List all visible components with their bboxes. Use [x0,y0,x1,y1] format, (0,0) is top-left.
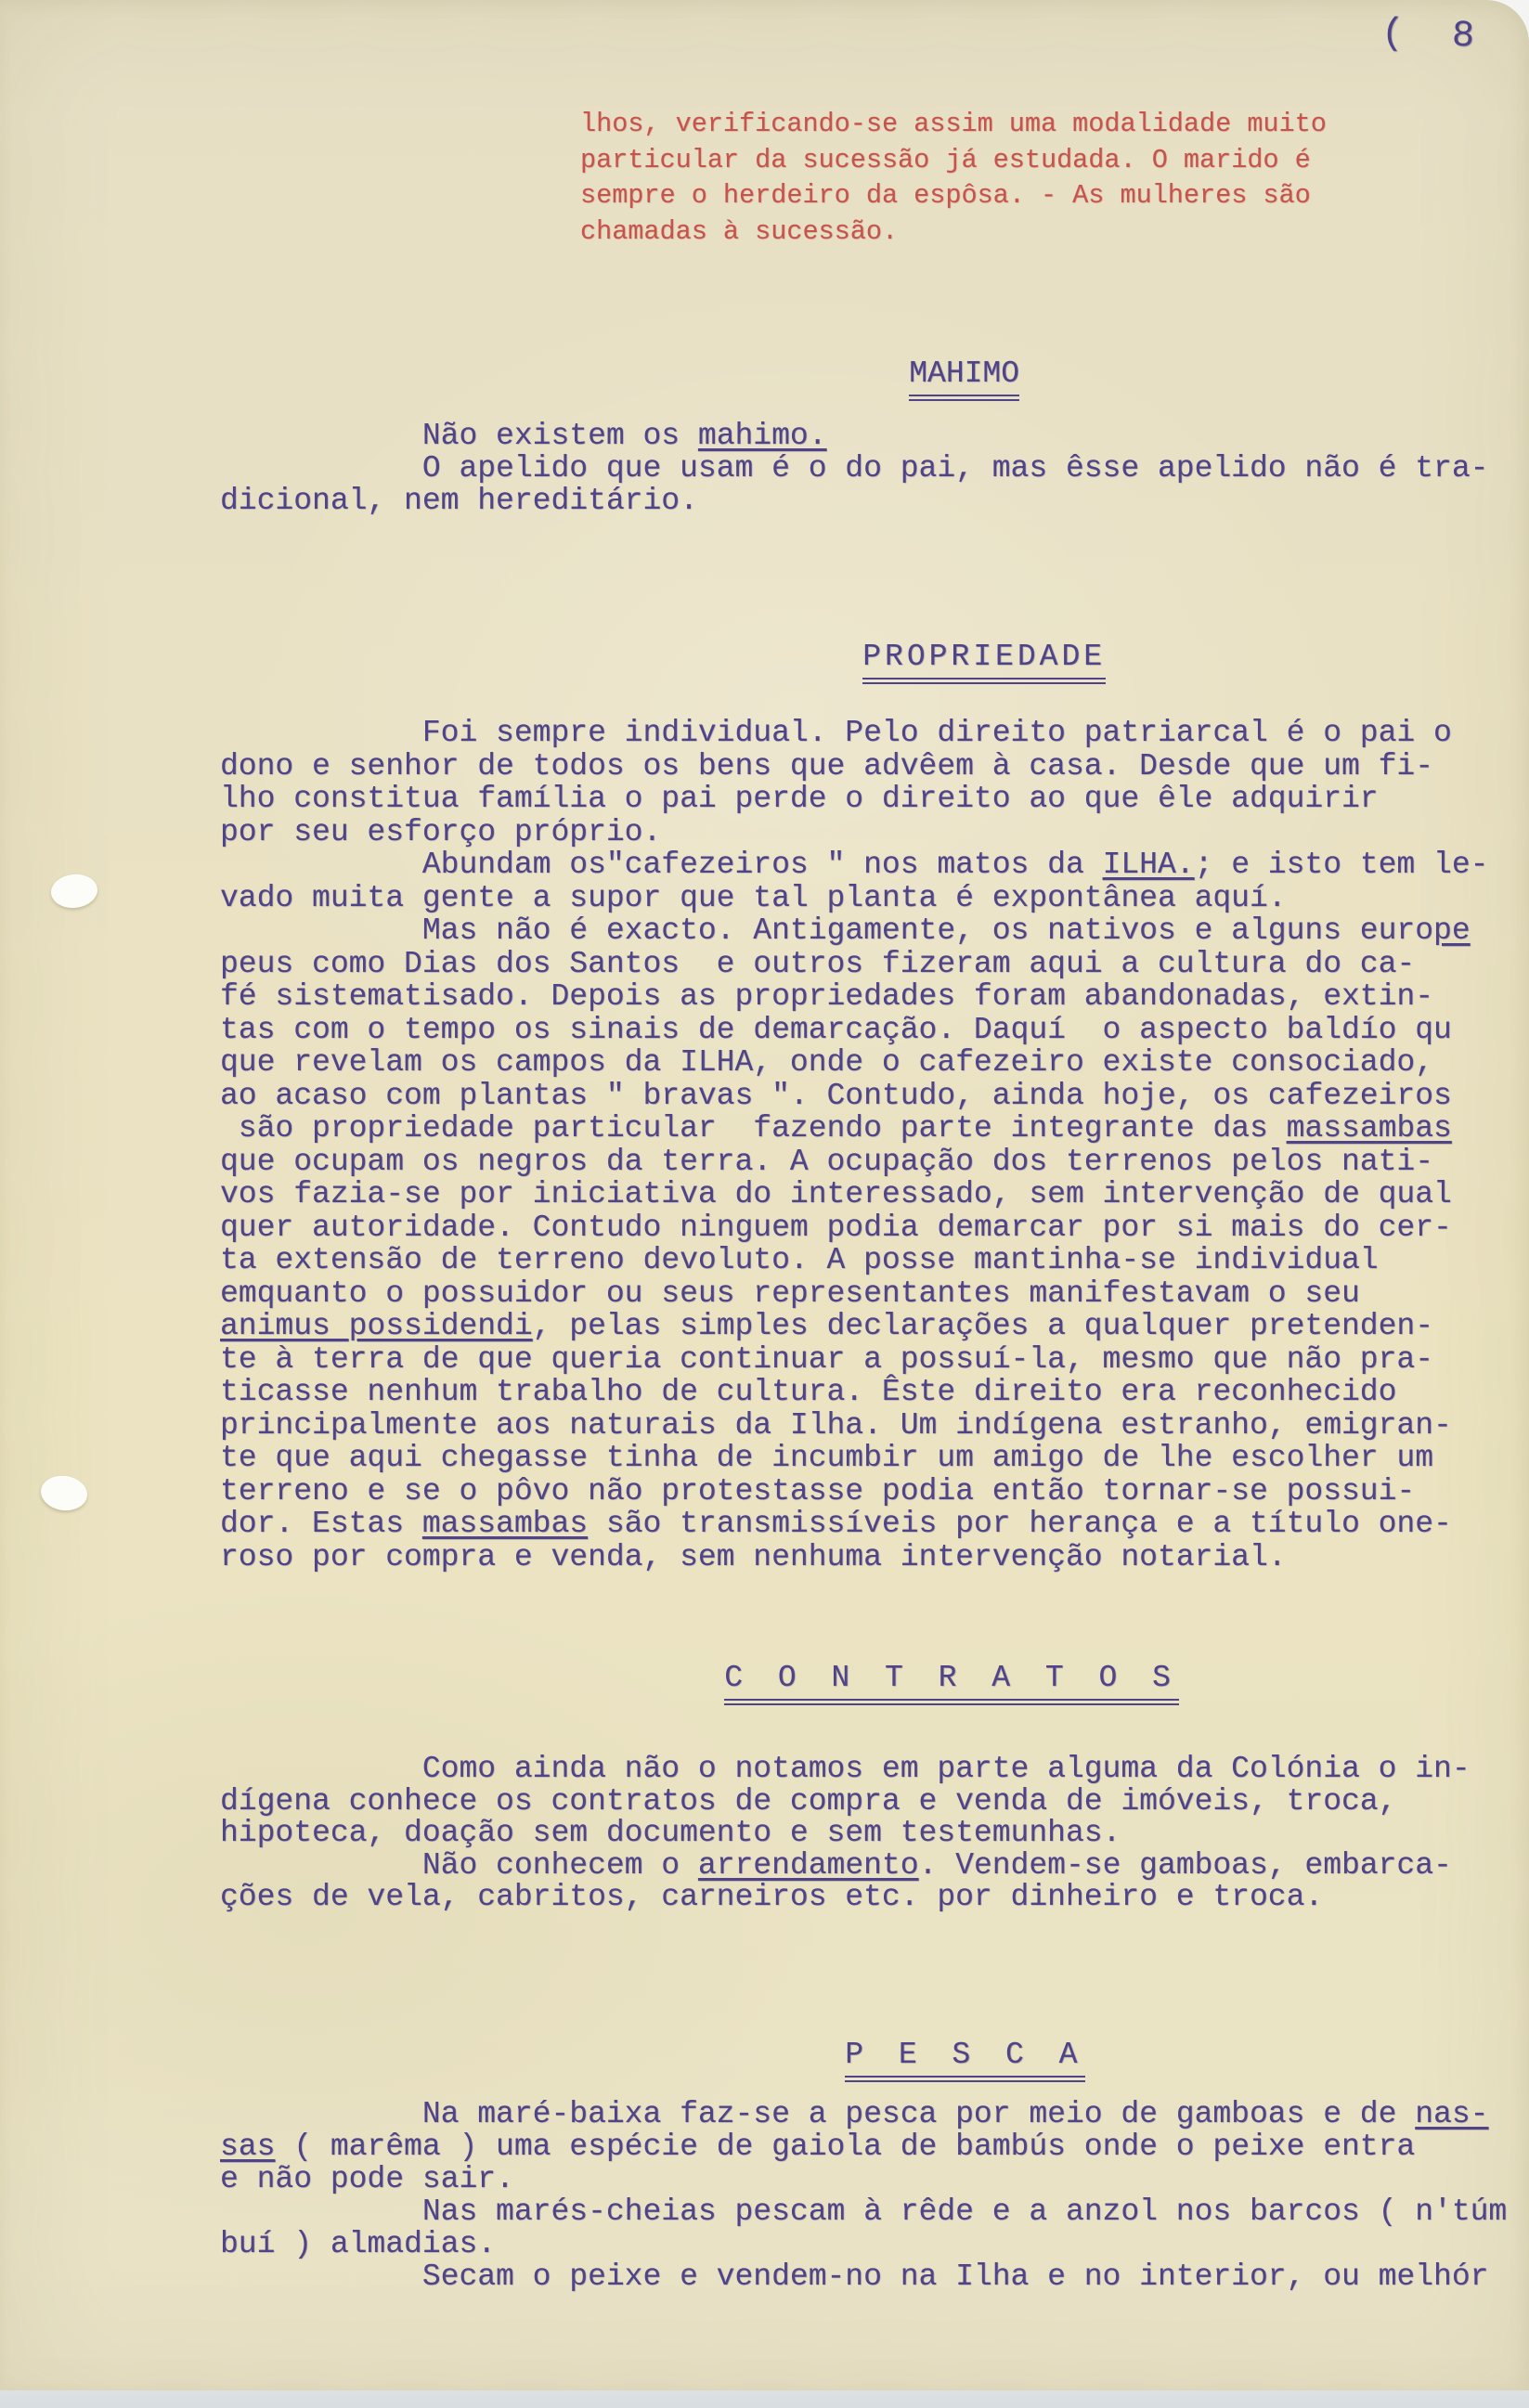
text-line: te à terra de que queria continuar a pos… [220,1343,1488,1377]
text-line: tas com o tempo os sinais de demarcação.… [220,1014,1488,1047]
scanned-typewritten-page: { "page": { "number": "( 8", "paper_colo… [0,0,1529,2408]
text-line: dono e senhor de todos os bens que advêe… [220,750,1488,783]
text-line: são propriedade particular fazendo parte… [220,1112,1488,1146]
text-line: animus possidendi, pelas simples declara… [220,1310,1488,1343]
section-header-text: P E S C A [845,2038,1085,2082]
text-line: Nas marés-cheias pescam à rêde e a anzol… [220,2195,1507,2228]
text-line: Não existem os mahimo. [220,420,1488,452]
section-paragraph-propriedade: Foi sempre individual. Pelo direito patr… [220,717,1488,1573]
text-line: ções de vela, cabritos, carneiros etc. p… [220,1882,1471,1914]
text-line: Foi sempre individual. Pelo direito patr… [220,717,1488,750]
text-line: dígena conhece os contratos de compra e … [220,1786,1471,1819]
document-page: ( 8 lhos, verificando-se assim uma modal… [0,0,1529,2390]
page-number: ( 8 [1380,13,1488,58]
section-paragraph-contratos: Como ainda não o notamos em parte alguma… [220,1754,1471,1914]
text-line: que revelam os campos da ILHA, onde o ca… [220,1046,1488,1080]
text-line: sas ( marêma ) uma espécie de gaiola de … [220,2130,1507,2163]
section-header-text: PROPRIEDADE [862,640,1106,684]
text-line: sempre o herdeiro da espôsa. - As mulher… [580,178,1327,214]
text-line: lho constitua família o pai perde o dire… [220,783,1488,816]
text-line: te que aqui chegasse tinha de incumbir u… [220,1442,1488,1475]
text-line: principalmente aos naturais da Ilha. Um … [220,1409,1488,1443]
text-line: buí ) almadias. [220,2228,1507,2260]
text-line: quer autoridade. Contudo ninguem podia d… [220,1211,1488,1245]
section-header-text: MAHIMO [909,356,1019,401]
text-line: que ocupam os negros da terra. A ocupaçã… [220,1146,1488,1179]
section-header-propriedade: PROPRIEDADE [774,605,1106,719]
text-line: Secam o peixe e vendem-no na Ilha e no i… [220,2260,1507,2293]
text-line: dor. Estas massambas são transmissíveis … [220,1508,1488,1541]
section-header-contratos: C O N T R A T O S [617,1626,1179,1740]
text-line: ticasse nenhum trabalho de cultura. Êste… [220,1376,1488,1409]
text-line: por seu esforço próprio. [220,816,1488,849]
text-line: vado muita gente a supor que tal planta … [220,882,1488,915]
text-line: Não conhecem o arrendamento. Vendem-se g… [220,1850,1471,1883]
section-paragraph-pesca: Na maré-baixa faz-se a pesca por meio de… [220,2098,1507,2293]
text-line: terreno e se o pôvo não protestasse podi… [220,1475,1488,1508]
text-line: Mas não é exacto. Antigamente, os nativo… [220,914,1488,948]
text-line: fé sistematisado. Depois as propriedades… [220,980,1488,1014]
text-line: lhos, verificando-se assim uma modalidad… [580,107,1327,143]
text-line: vos fazia-se por iniciativa do interessa… [220,1178,1488,1211]
punch-hole [39,1473,90,1514]
text-line: roso por compra e venda, sem nenhuma int… [220,1541,1488,1574]
text-line: ao acaso com plantas " bravas ". Contudo… [220,1080,1488,1113]
punch-hole [49,872,98,910]
text-line: chamadas à sucessão. [580,214,1327,251]
section-header-text: C O N T R A T O S [724,1661,1179,1705]
text-line: e não pode sair. [220,2163,1507,2195]
text-line: emquanto o possuidor ou seus representan… [220,1277,1488,1311]
text-line: Abundam os"cafezeiros " nos matos da ILH… [220,848,1488,882]
text-line: hipoteca, doação sem documento e sem tes… [220,1818,1471,1850]
text-line: ta extensão de terreno devoluto. A posse… [220,1244,1488,1277]
text-line: dicional, nem hereditário. [220,485,1488,517]
text-line: peus como Dias dos Santos e outros fizer… [220,948,1488,981]
section-paragraph-mahimo: Não existem os mahimo. O apelido que usa… [220,420,1488,517]
text-line: Como ainda não o notamos em parte alguma… [220,1754,1471,1786]
text-line: Na maré-baixa faz-se a pesca por meio de… [220,2098,1507,2130]
text-line: particular da sucessão já estudada. O ma… [580,143,1327,179]
intro-red-paragraph: lhos, verificando-se assim uma modalidad… [580,107,1327,250]
text-line: O apelido que usam é o do pai, mas êsse … [220,452,1488,485]
section-header-mahimo: MAHIMO [836,322,1019,435]
